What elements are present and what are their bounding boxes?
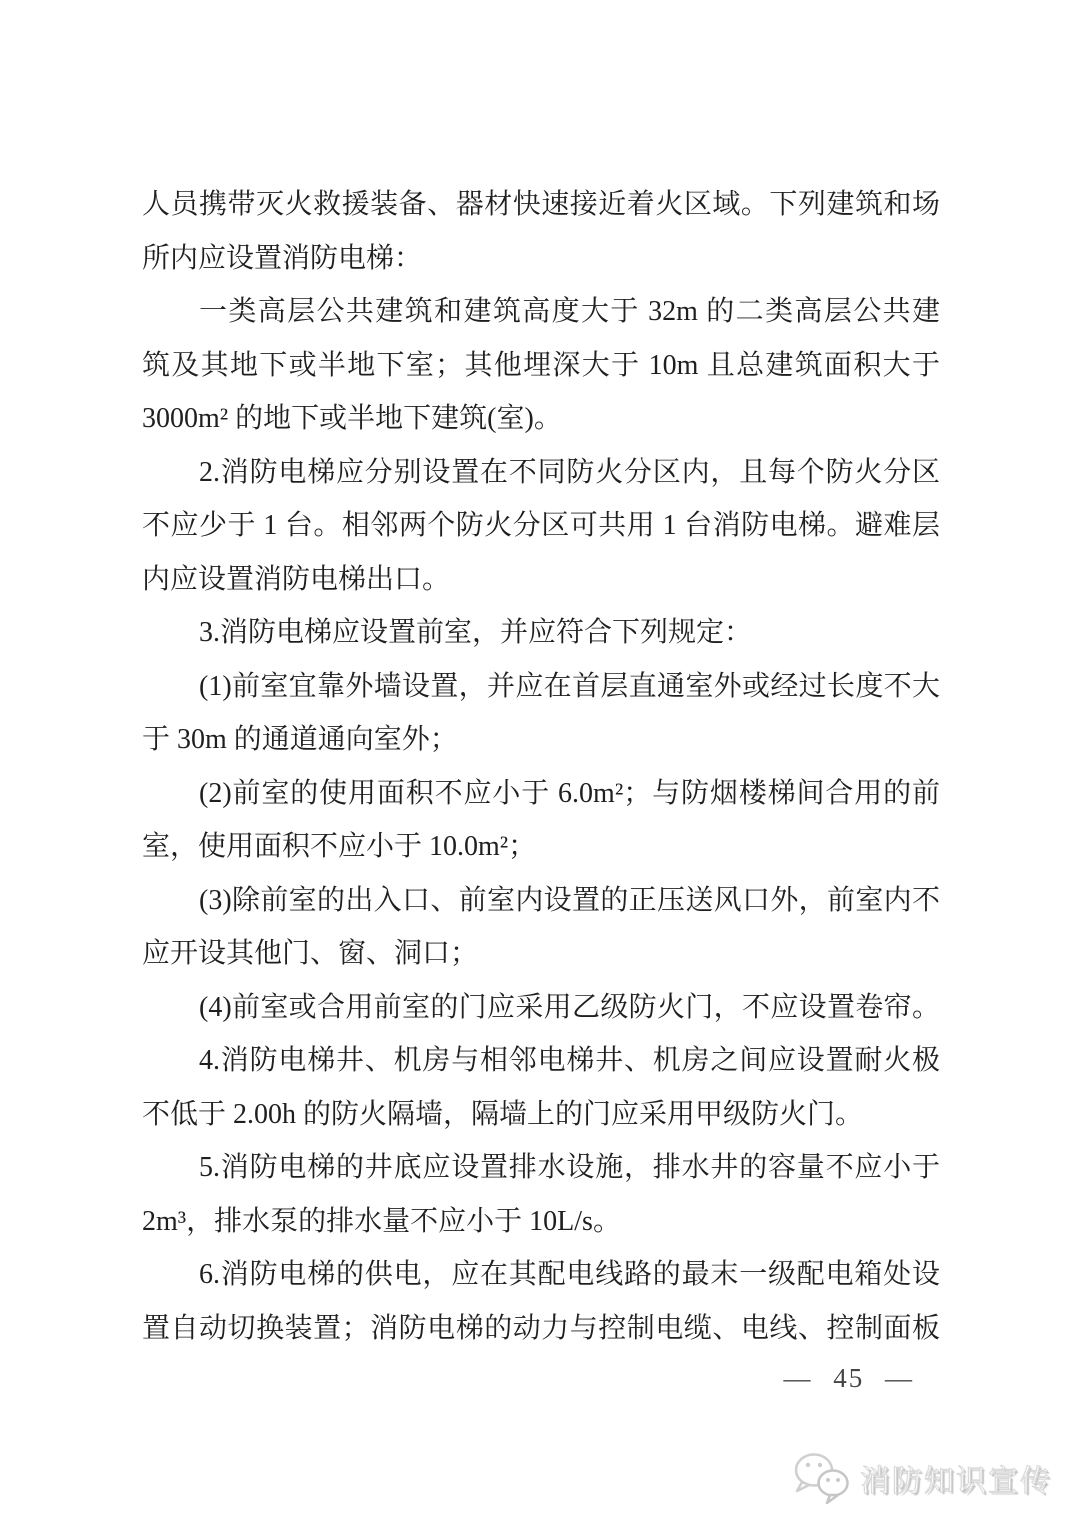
text-line: 不低于 2.00h 的防火隔墙，隔墙上的门应采用甲级防火门。: [142, 1088, 940, 1142]
document-page: 人员携带灭火救援装备、器材快速接近着火区域。下列建筑和场 所内应设置消防电梯： …: [0, 0, 1080, 1527]
text-line: (2)前室的使用面积不应小于 6.0m²；与防烟楼梯间合用的前: [142, 767, 940, 821]
page-number: — 45 —: [784, 1358, 915, 1398]
text-line: 筑及其地下或半地下室；其他埋深大于 10m 且总建筑面积大于: [142, 339, 940, 393]
text-line: 4.消防电梯井、机房与相邻电梯井、机房之间应设置耐火极限: [142, 1034, 940, 1088]
text-line: 不应少于 1 台。相邻两个防火分区可共用 1 台消防电梯。避难层: [142, 499, 940, 553]
text-line: 3000m² 的地下或半地下建筑(室)。: [142, 392, 940, 446]
wechat-chat-bubbles-icon: [790, 1450, 852, 1506]
watermark-label: 消防知识宣传: [860, 1456, 1052, 1500]
text-line: 人员携带灭火救援装备、器材快速接近着火区域。下列建筑和场: [142, 178, 940, 232]
text-line: 内应设置消防电梯出口。: [142, 553, 940, 607]
text-line: (3)除前室的出入口、前室内设置的正压送风口外，前室内不: [142, 874, 940, 928]
text-line: 2.消防电梯应分别设置在不同防火分区内，且每个防火分区: [142, 446, 940, 500]
text-line: 2m³，排水泵的排水量不应小于 10L/s。: [142, 1195, 940, 1249]
text-line: 6.消防电梯的供电，应在其配电线路的最末一级配电箱处设: [142, 1248, 940, 1302]
text-line: 所内应设置消防电梯：: [142, 232, 940, 286]
text-line: (1)前室宜靠外墙设置，并应在首层直通室外或经过长度不大: [142, 660, 940, 714]
text-line: 5.消防电梯的井底应设置排水设施，排水井的容量不应小于: [142, 1141, 940, 1195]
text-line: (4)前室或合用前室的门应采用乙级防火门，不应设置卷帘。: [142, 981, 940, 1035]
text-line: 应开设其他门、窗、洞口；: [142, 927, 940, 981]
body-text: 人员携带灭火救援装备、器材快速接近着火区域。下列建筑和场 所内应设置消防电梯： …: [142, 178, 940, 1355]
text-line: 室，使用面积不应小于 10.0m²；: [142, 820, 940, 874]
text-line: 置自动切换装置；消防电梯的动力与控制电缆、电线、控制面板应: [142, 1302, 940, 1356]
text-line: 于 30m 的通道通向室外；: [142, 713, 940, 767]
text-line: 3.消防电梯应设置前室，并应符合下列规定：: [142, 606, 940, 660]
watermark: 消防知识宣传: [790, 1450, 1052, 1506]
text-line: 一类高层公共建筑和建筑高度大于 32m 的二类高层公共建: [142, 285, 940, 339]
